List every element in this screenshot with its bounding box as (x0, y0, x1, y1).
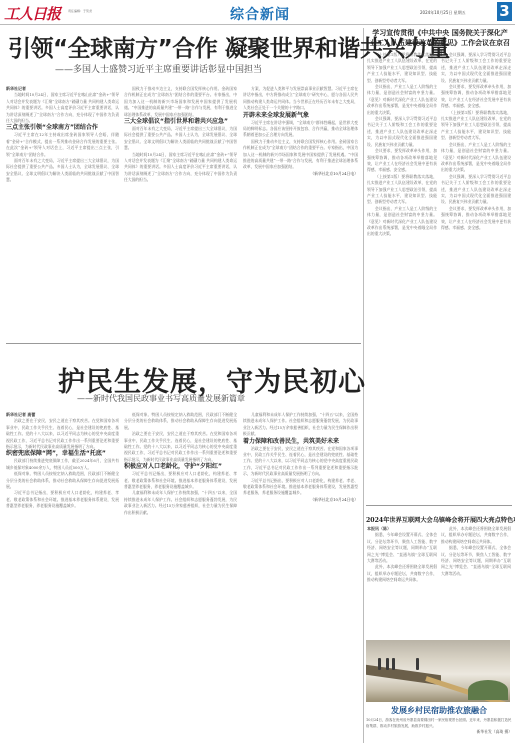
article2-body: 习近平总书记指出，要积极应对人口老龄化，构建养老、孝老、敬老政策体系和社会环境。… (124, 471, 237, 490)
article2-subhead-2: 积极应对人口老龄化，守护“夕阳红” (124, 463, 237, 471)
page-number-badge: 3 (497, 2, 512, 21)
masthead: 工人日报 责任编辑：于宛尧 综合新闻 2024年10月25日 星期五 3 (0, 0, 515, 25)
article1-column-3: 方案，为促进人类和平与发展崇高事业贡献智慧。习近平主席在讲话中指出，中方将推动成… (243, 86, 358, 341)
photo-person (392, 658, 395, 670)
right-article-body: 会议要求，要发挥改革牵头作用，加强统筹协调，推动各项改革举措落地见效，让产业工人… (367, 148, 437, 174)
right-article-column-1: （上接第1版）要将职教落实落地，扎实推进产业工人队伍建设改革，在党的领导下加强产… (367, 52, 437, 502)
article2-credit: （新华社北京10月24日电） (243, 497, 358, 503)
article1-body: 当地时间10月24日，国家主席习近平在喀山出席“金砖+”领导人对话会并发表题为《… (124, 152, 237, 184)
photo-credit: 新华社发（高琦 摄） (366, 729, 512, 735)
article1-subhead-3: 开辟未来全球发展新气象 (243, 112, 358, 120)
right-article-body: 会议要求，要发挥改革牵头作用，加强统筹协调，推动各项改革举措落地见效，让产业工人… (441, 84, 511, 110)
article-divider (6, 343, 361, 344)
right-article-body: 会议要求，要发挥改革牵头作用，加强统筹协调，推动各项改革举措落地见效，让产业工人… (441, 206, 511, 232)
article1-subhead-1: 三点主张引领“全球南方”团结合作 (6, 124, 119, 132)
article2-body: 儿童福利和未成年人保护工作持续加强，“十四五”以来，全国持续推进未成年人保护工作… (124, 490, 237, 516)
right-article-body: （上接第1版）要将职教落实落地，扎实推进产业工人队伍建设改革，在党的领导下加强产… (367, 174, 437, 206)
article1-body: 习近平主席在讲话中强调，“全球南方”群体性崛起，是世界大变局的鲜明标志。各国应该… (243, 120, 358, 139)
right-article2-headline[interactable]: 2024年世界互联网大会乌镇峰会将开展四大亮点特色项目 (366, 515, 514, 524)
article2-body: 民政部门持续推进兜底保障工作，截至2024年6月，全国共有城乡低保对象4000余… (6, 458, 119, 471)
photo-caption: 10月24日，游客在贵州省丹寨县高要梯田村一家民宿观景台拍照。近年来，丹寨县积极… (366, 718, 512, 735)
right-article-divider (366, 505, 512, 506)
article1-body: 国致力于推动多边主义，支持联合国发挥核心作用。金砖国家合作机制正在成为“全球南方… (124, 86, 237, 118)
photo-caption-text: 10月24日，游客在贵州省丹寨县高要梯田村一家民宿观景台拍照。近年来，丹寨县积极… (366, 718, 511, 728)
right-article-column-2: 会议强调，要深入学习贯彻习近平总书记关于工人阶级和工会工作的重要论述，推进产业工… (441, 52, 511, 502)
article2-column-2: 低保对象、特困人员按规定纳入救助范围，民政部门不断健全分层分类的社会救助体系，推… (124, 412, 237, 742)
right-article-body: 会议强调，要深入学习贯彻习近平总书记关于工人阶级和工会工作的重要论述，推进产业工… (441, 174, 511, 206)
article1-body: 国致力于推动多边主义，支持联合国发挥核心作用。金砖国家合作机制正在成为“全球南方… (243, 139, 358, 171)
photo-title: 发展乡村民宿助推农旅融合 (366, 705, 512, 716)
article1-body: 面对百年未有之大变局，习近平主席提出三大全球倡议，为国际社会提供了重要公共产品。… (6, 158, 119, 184)
article1-column-2: 国致力于推动多边主义，支持联合国发挥核心作用。金砖国家合作机制正在成为“全球南方… (124, 86, 237, 341)
right-article2-column-2: 此外，本次峰会还将围绕全球发展倡议，组织举办专题论坛，共商数字合作，推动构建网络… (441, 526, 511, 636)
article2-body: 习近平总书记指出，要积极应对人口老龄化，构建养老、孝老、敬老政策体系和社会环境。… (243, 478, 358, 497)
editor-credit: 责任编辑：于宛尧 (68, 9, 92, 13)
section-title: 综合新闻 (230, 4, 290, 24)
article2-body: 治政之要在于安民，安民之道在于察其疾苦。在党和国家各项事业中，民政工作关乎民生、… (243, 446, 358, 478)
right-article-body: （上接第1版）要将职教落实落地，扎实推进产业工人队伍建设改革，在党的领导下加强产… (441, 110, 511, 142)
right-article-body: （上接第1版）要将职教落实落地，扎实推进产业工人队伍建设改革，在党的领导下加强产… (367, 52, 437, 84)
article2-body: 习近平总书记指出，要积极应对人口老龄化，构建养老、孝老、敬老政策体系和社会环境。… (6, 490, 119, 509)
right-article-body: 会议指出，产业工人是工人阶级的主体力量，是创造社会财富的中坚力量。《意见》对新时… (441, 142, 511, 174)
article2-subtitle: ——新时代我国民政事业书写高质量发展新篇章 (77, 393, 245, 404)
right-article2-body: 据悉，今年峰会设置开幕式、全体会议、分论坛等环节，聚焦人工智能、数字经济、网络安… (367, 532, 437, 564)
article2-subhead-1: 织密兜底保障“网”，幸福生活“托底” (6, 450, 119, 458)
photo-person (416, 658, 419, 670)
article2-body: 治政之要在于安民，安民之道在于察其疾苦。在党和国家各项事业中，民政工作关乎民生、… (124, 431, 237, 463)
article1-body: 方案，为促进人类和平与发展崇高事业贡献智慧。习近平主席在讲话中指出，中方将推动成… (243, 86, 358, 112)
right-article2-body: 据悉，今年峰会设置开幕式、全体会议、分论坛等环节，聚焦人工智能、数字经济、网络安… (441, 545, 511, 577)
right-article2-column-1: 本报讯（陈） 据悉，今年峰会设置开幕式、全体会议、分论坛等环节，聚焦人工智能、数… (367, 526, 437, 636)
article2-body: 低保对象、特困人员按规定纳入救助范围，民政部门不断健全分层分类的社会救助体系，推… (124, 412, 237, 431)
article2-column-3: 儿童福利和未成年人保护工作持续加强，“十四五”以来，全国持续推进未成年人保护工作… (243, 412, 358, 742)
article1-credit: （新华社北京10月24日电） (243, 171, 358, 177)
article2-body: 儿童福利和未成年人保护工作持续加强，“十四五”以来，全国持续推进未成年人保护工作… (243, 412, 358, 438)
photo-person (378, 658, 381, 670)
right-article-body: 会议强调，要深入学习贯彻习近平总书记关于工人阶级和工会工作的重要论述，推进产业工… (367, 116, 437, 148)
article2-body: 治政之要在于安民，安民之道在于察其疾苦。在党和国家各项事业中，民政工作关乎民生、… (6, 418, 119, 450)
news-photo-cliff-walkway[interactable] (366, 640, 510, 702)
article1-body: 习近平主席在12年主持或出席金砖国家领导人会晤，伴随着“金砖+”合作模式，提出一… (6, 132, 119, 158)
article1-subtitle: ——多国人士盛赞习近平主席重要讲话彰显中国担当 (55, 62, 262, 75)
right-article-body: 会议指出，产业工人是工人阶级的主体力量，是创造社会财富的中坚力量。《意见》对新时… (367, 84, 437, 116)
article2-subhead-3: 着力保障和改善民生，共筑美好未来 (243, 438, 358, 446)
issue-date: 2024年10月25日 星期五 (420, 10, 466, 16)
right-article2-body: 此外，本次峰会还将围绕全球发展倡议，组织举办专题论坛，共商数字合作，推动构建网络… (367, 564, 437, 583)
article2-body: 低保对象、特困人员按规定纳入救助范围，民政部门不断健全分层分类的社会救助体系，推… (6, 471, 119, 490)
right-article-body: 会议强调，要深入学习贯彻习近平总书记关于工人阶级和工会工作的重要论述，推进产业工… (441, 52, 511, 84)
article2-column-1: 新华社记者 高蕾 治政之要在于安民，安民之道在于察其疾苦。在党和国家各项事业中，… (6, 412, 119, 742)
article1-body: 当地时间10月24日，国家主席习近平在喀山出席“金砖+”领导人对话会并发表题为《… (6, 92, 119, 124)
article1-subhead-2: 三大全球倡议“指引世界和谐共兴应急” (124, 118, 237, 126)
photo-hill (468, 680, 508, 700)
article1-column-1: 新华社记者 当地时间10月24日，国家主席习近平在喀山出席“金砖+”领导人对话会… (6, 86, 119, 341)
newspaper-logo: 工人日报 (4, 3, 60, 24)
article1-body: 面对百年未有之大变局，习近平主席提出三大全球倡议，为国际社会提供了重要公共产品。… (124, 126, 237, 152)
photo-person (386, 658, 389, 670)
right-article2-body: 此外，本次峰会还将围绕全球发展倡议，组织举办专题论坛，共商数字合作，推动构建网络… (441, 526, 511, 545)
article1-headline[interactable]: 引领“全球南方”合作 凝聚世界和谐共兴力量 (8, 30, 353, 63)
right-article-body: 会议指出，产业工人是工人阶级的主体力量，是创造社会财富的中坚力量。《意见》对新时… (367, 206, 437, 238)
